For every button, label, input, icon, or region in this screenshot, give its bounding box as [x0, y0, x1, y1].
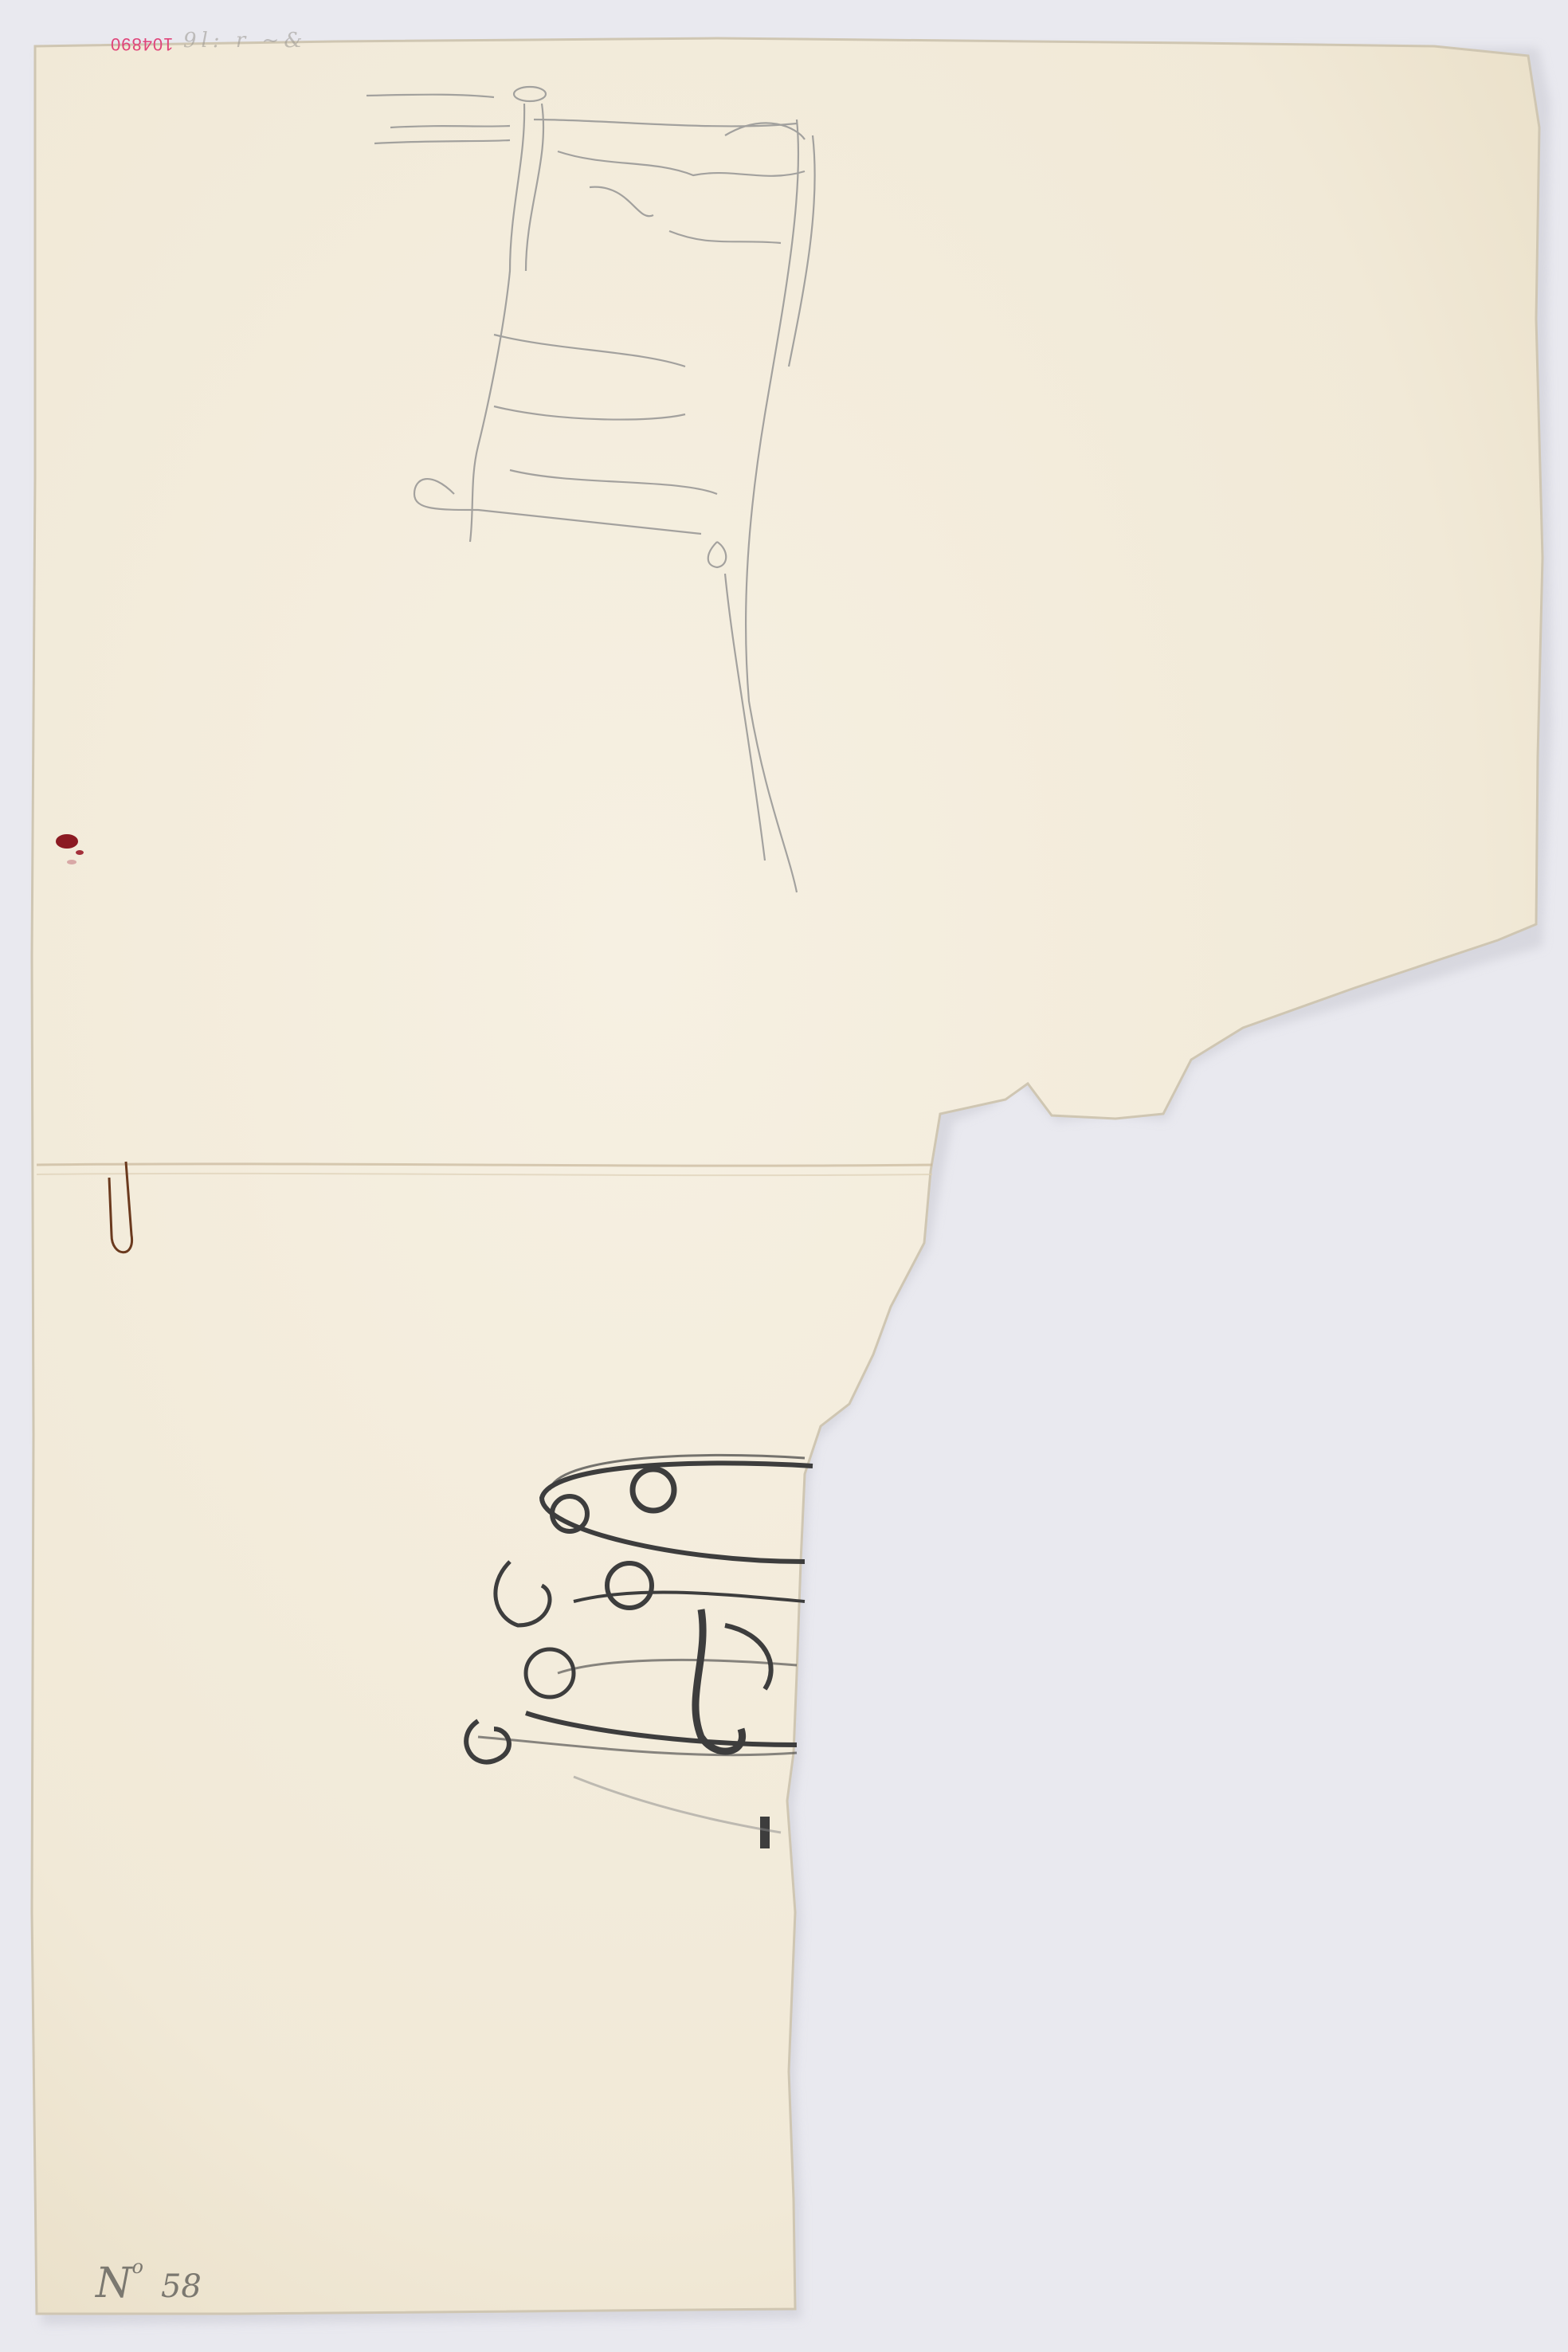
inventory-stamp: 104890	[110, 33, 173, 54]
inventory-superscript: o	[132, 2256, 143, 2278]
artwork-scan: 104890 9l: r ~& No58	[0, 0, 1568, 2352]
inventory-number: No58	[96, 2260, 202, 2307]
paper-body	[32, 38, 1543, 2314]
inventory-prefix: N	[96, 2260, 132, 2307]
torn-paper-sheet	[0, 0, 1568, 2352]
inventory-value: 58	[161, 2268, 202, 2305]
top-pencil-note: 9l: r ~&	[183, 29, 308, 53]
